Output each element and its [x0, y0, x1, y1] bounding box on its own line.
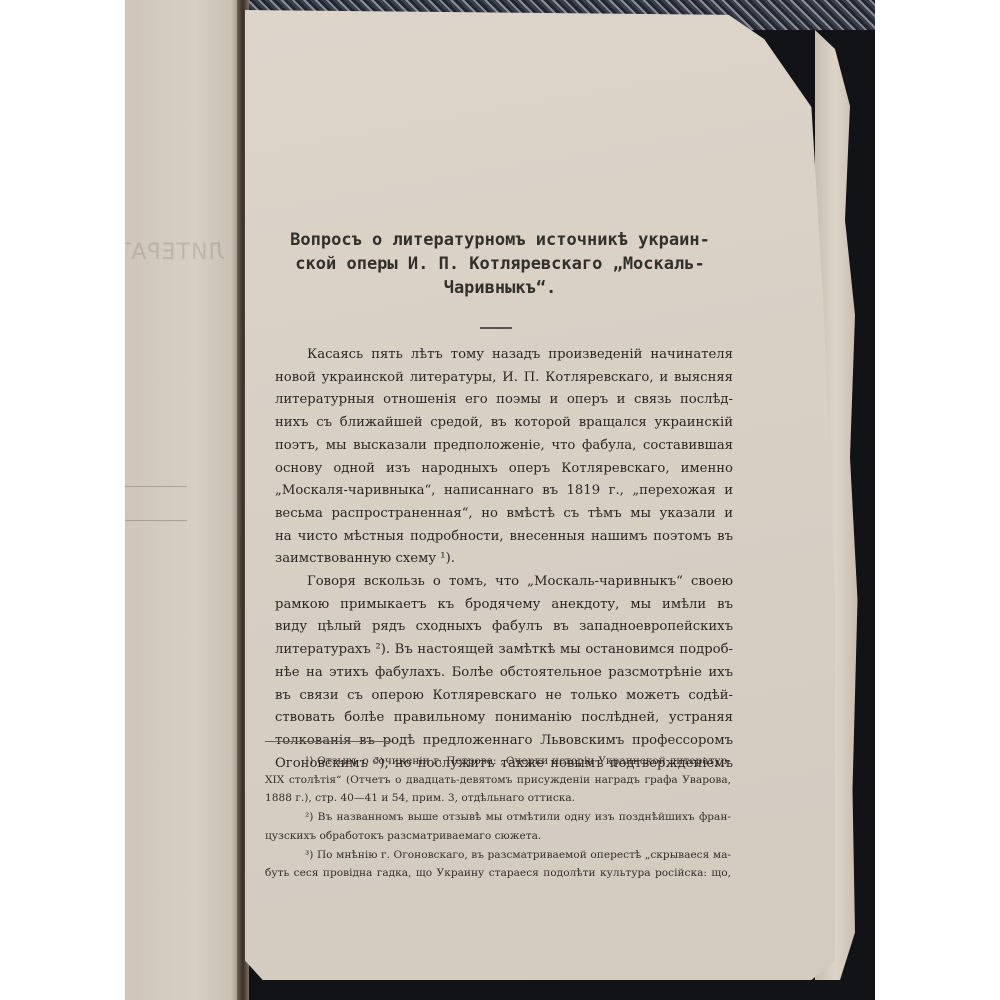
body-line: литературныя отношенія его поэмы и оперъ…: [275, 389, 733, 412]
footnote-line: ¹) Отзывъ о сочиненіи г. Петрова: „Очерк…: [265, 752, 731, 771]
footnote-line: ²) Въ названномъ выше отзывѣ мы отмѣтили…: [265, 808, 731, 827]
footnote-line: ³) По мнѣнію г. Огоновскаго, въ разсматр…: [265, 846, 731, 865]
title-divider: [480, 327, 512, 329]
body-line: „Москаля-чаривныка“, написаннаго въ 1819…: [275, 480, 733, 503]
body-line: рамкою примыкаетъ къ бродячему анекдоту,…: [275, 594, 733, 617]
body-line: ствовать болѣе правильному пониманію пос…: [275, 707, 733, 730]
footnote-line: XIX столѣтія“ (Отчетъ о двадцать-девятом…: [265, 771, 731, 790]
bleed-through-rule: [125, 520, 187, 521]
bleed-through-title: ЛИТЕРАТУРН: [125, 240, 225, 265]
body-line: новой украинской литературы, И. П. Котля…: [275, 367, 733, 390]
footnotes: ¹) Отзывъ о сочиненіи г. Петрова: „Очерк…: [265, 752, 731, 883]
body-line: на чисто мѣстныя подробности, внесенныя …: [275, 526, 733, 549]
bleed-through-rule: [125, 486, 187, 487]
body-line: виду цѣлый рядъ сходныхъ фабулъ въ запад…: [275, 616, 733, 639]
title-line: Чаривныкъ“.: [290, 276, 710, 300]
left-page: ЛИТЕРАТУРН: [125, 0, 243, 1000]
body-line: литературахъ ²). Въ настоящей замѣткѣ мы…: [275, 639, 733, 662]
article-body: Касаясь пять лѣтъ тому назадъ произведен…: [275, 344, 733, 775]
title-line: Вопросъ о литературномъ источникѣ украин…: [290, 228, 710, 252]
article-title: Вопросъ о литературномъ источникѣ украин…: [290, 228, 710, 300]
body-line: основу одной изъ народныхъ оперъ Котляре…: [275, 458, 733, 481]
body-line: заимствованную схему ¹).: [275, 548, 733, 571]
footnote-line: 1888 г.), стр. 40—41 и 54, прим. 3, отдѣ…: [265, 789, 731, 808]
body-line: поэтъ, мы высказали предположеніе, что ф…: [275, 435, 733, 458]
footnote-line: цузскихъ обработокъ разсматриваемаго сюж…: [265, 827, 731, 846]
body-line: Касаясь пять лѣтъ тому назадъ произведен…: [275, 344, 733, 367]
photo: ЛИТЕРАТУРН Вопросъ о литературномъ источ…: [125, 0, 875, 1000]
body-line: весьма распространенная“, но вмѣстѣ съ т…: [275, 503, 733, 526]
body-line: въ связи съ оперою Котляревскаго не толь…: [275, 685, 733, 708]
body-line: нѣе на этихъ фабулахъ. Болѣе обстоятельн…: [275, 662, 733, 685]
body-line: Говоря вскользь о томъ, что „Москаль-чар…: [275, 571, 733, 594]
title-line: ской оперы И. П. Котляревскаго „Москаль-: [290, 252, 710, 276]
body-line: нихъ съ ближайшей средой, въ которой вра…: [275, 412, 733, 435]
footnote-line: буть сеся провідна гадка, що Украину ста…: [265, 864, 731, 883]
footnote-divider: [265, 741, 392, 742]
